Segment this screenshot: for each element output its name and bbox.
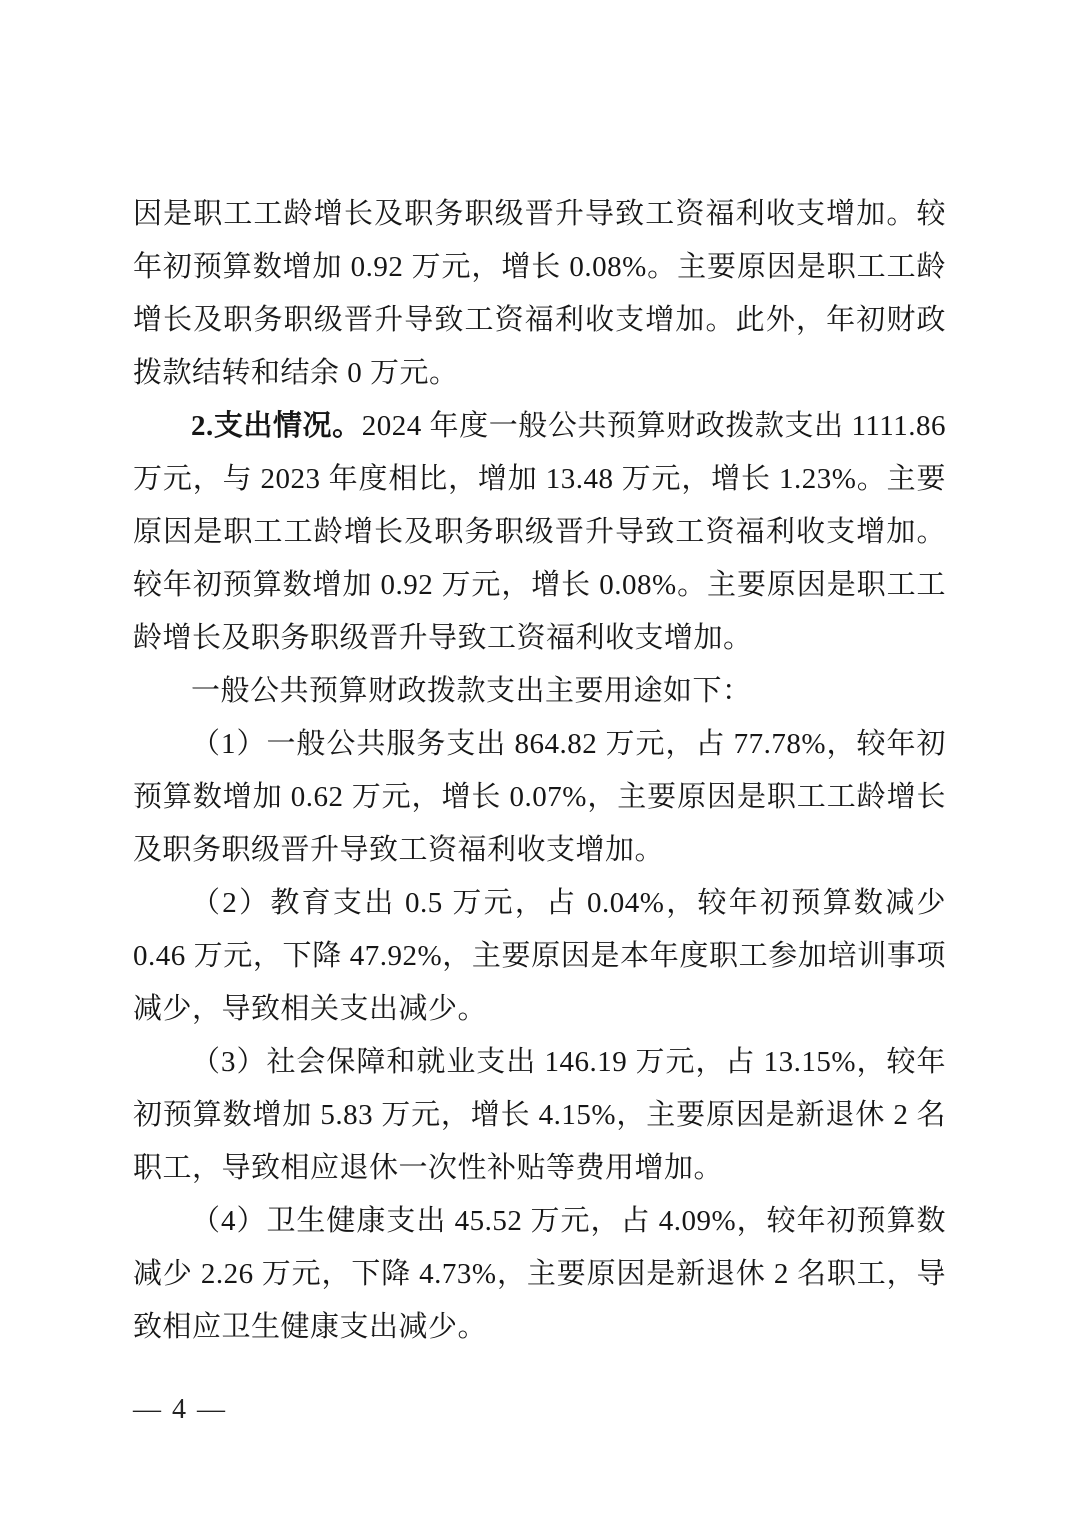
paragraph-continuation: 因是职工工龄增长及职务职级晋升导致工资福利收支增加。较年初预算数增加 0.92 …	[133, 188, 946, 400]
paragraph-lead-bold: 2.支出情况。	[191, 410, 362, 442]
paragraph-usage-intro: 一般公共预算财政拨款支出主要用途如下：	[133, 665, 946, 718]
paragraph-item-4-health: （4）卫生健康支出 45.52 万元，占 4.09%，较年初预算数减少 2.26…	[133, 1195, 946, 1354]
paragraph-text: 2024 年度一般公共预算财政拨款支出 1111.86 万元，与 2023 年度…	[133, 410, 946, 654]
document-page: 因是职工工龄增长及职务职级晋升导致工资福利收支增加。较年初预算数增加 0.92 …	[0, 0, 1075, 1520]
page-number: — 4 —	[133, 1394, 227, 1426]
document-body: 因是职工工龄增长及职务职级晋升导致工资福利收支增加。较年初预算数增加 0.92 …	[133, 188, 946, 1354]
paragraph-item-3-social-security-employment: （3）社会保障和就业支出 146.19 万元，占 13.15%，较年初预算数增加…	[133, 1036, 946, 1195]
paragraph-expenditure-overview: 2.支出情况。2024 年度一般公共预算财政拨款支出 1111.86 万元，与 …	[133, 400, 946, 665]
paragraph-item-1-general-public-services: （1）一般公共服务支出 864.82 万元，占 77.78%，较年初预算数增加 …	[133, 718, 946, 877]
paragraph-item-2-education: （2）教育支出 0.5 万元，占 0.04%，较年初预算数减少 0.46 万元，…	[133, 877, 946, 1036]
